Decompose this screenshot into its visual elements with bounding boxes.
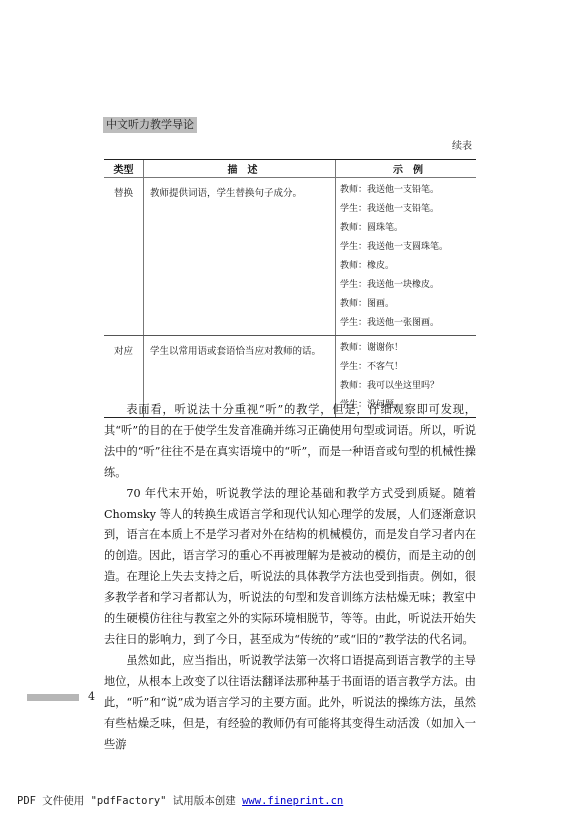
table-header-row: 类型 描 述 示 例 (104, 160, 476, 178)
speaker: 教师： (340, 381, 367, 391)
example-line: 教师：圆珠笔。 (340, 219, 476, 238)
utterance: 圆珠笔。 (367, 223, 403, 233)
speaker: 教师： (340, 223, 367, 233)
utterance: 不客气！ (367, 362, 403, 372)
utterance: 我可以坐这里吗？ (367, 381, 439, 391)
speaker: 教师： (340, 261, 367, 271)
speaker: 学生： (340, 318, 367, 328)
utterance: 我送他一支铅笔。 (367, 204, 439, 214)
example-line: 教师：谢谢你！ (340, 339, 476, 358)
pdf-footer: PDF 文件使用 "pdfFactory" 试用版本创建 www.finepri… (17, 793, 343, 808)
utterance: 谢谢你！ (367, 343, 403, 353)
header-description: 描 述 (144, 160, 336, 178)
utterance: 我送他一块橡皮。 (367, 280, 439, 290)
example-line: 学生：我送他一支圆珠笔。 (340, 238, 476, 257)
utterance: 图画。 (367, 299, 394, 309)
footer-text: PDF 文件使用 "pdfFactory" 试用版本创建 (17, 795, 242, 807)
example-line: 教师：图画。 (340, 295, 476, 314)
speaker: 教师： (340, 299, 367, 309)
example-line: 教师：我可以坐这里吗？ (340, 377, 476, 396)
example-line: 学生：我送他一块橡皮。 (340, 276, 476, 295)
paragraph: 70 年代末开始，听说教学法的理论基础和教学方式受到质疑。随着 Chomsky … (104, 484, 476, 651)
speaker: 学生： (340, 204, 367, 214)
cell-description: 教师提供词语，学生替换句子成分。 (144, 178, 336, 336)
speaker: 学生： (340, 242, 367, 252)
speaker: 学生： (340, 362, 367, 372)
cell-type: 替换 (104, 178, 144, 336)
footer-link[interactable]: www.fineprint.cn (242, 795, 343, 807)
example-line: 学生：我送他一支铅笔。 (340, 200, 476, 219)
example-line: 学生：不客气！ (340, 358, 476, 377)
example-line: 学生：我送他一张图画。 (340, 314, 476, 333)
utterance: 我送他一支铅笔。 (367, 185, 439, 195)
cell-examples: 教师：我送他一支铅笔。 学生：我送他一支铅笔。 教师：圆珠笔。 学生：我送他一支… (336, 178, 477, 336)
paragraph: 表面看，听说法十分重视“听”的教学，但是，仔细观察即可发现，其“听”的目的在于使… (104, 400, 476, 484)
continued-table-label: 续表 (452, 137, 472, 152)
page-number: 4 (88, 690, 95, 703)
speaker: 教师： (340, 185, 367, 195)
table-row: 替换 教师提供词语，学生替换句子成分。 教师：我送他一支铅笔。 学生：我送他一支… (104, 178, 476, 336)
speaker: 学生： (340, 280, 367, 290)
example-line: 教师：橡皮。 (340, 257, 476, 276)
utterance: 我送他一支圆珠笔。 (367, 242, 448, 252)
paragraph: 虽然如此，应当指出，听说教学法第一次将口语提高到语言教学的主导地位，从根本上改变… (104, 651, 476, 756)
header-type: 类型 (104, 160, 144, 178)
page-number-decoration (27, 694, 79, 701)
speaker: 教师： (340, 343, 367, 353)
utterance: 橡皮。 (367, 261, 394, 271)
body-text: 表面看，听说法十分重视“听”的教学，但是，仔细观察即可发现，其“听”的目的在于使… (104, 400, 476, 755)
drill-types-table: 类型 描 述 示 例 替换 教师提供词语，学生替换句子成分。 教师：我送他一支铅… (104, 159, 476, 418)
running-head: 中文听力教学导论 (103, 117, 197, 133)
header-examples: 示 例 (336, 160, 477, 178)
example-line: 教师：我送他一支铅笔。 (340, 181, 476, 200)
utterance: 我送他一张图画。 (367, 318, 439, 328)
